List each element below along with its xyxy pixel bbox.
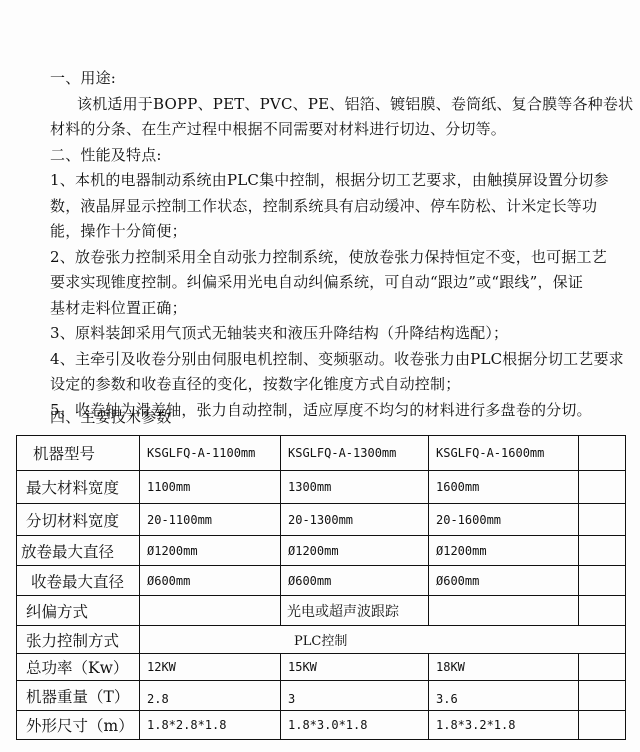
merged-cell: PLC控制 [140, 626, 626, 654]
table-cell: Ø600mm [281, 566, 429, 596]
feature-line: 数，液晶屏显示控制工作状态，控制系统具有启动缓冲、停车防松、计米定长等功 [50, 196, 597, 216]
table-cell: 20-1300mm [281, 504, 429, 536]
table-row: 收卷最大直径 Ø600mm Ø600mm Ø600mm [17, 566, 626, 596]
table-row: 总功率（Kw） 12KW 15KW 18KW [17, 654, 626, 681]
table-cell: 1300mm [281, 471, 429, 504]
table-row: 纠偏方式 光电或超声波跟踪 [17, 596, 626, 626]
row-label: 机器重量（T） [17, 681, 140, 711]
table-cell: Ø600mm [140, 566, 281, 596]
table-row: 张力控制方式 PLC控制 [17, 626, 626, 654]
table-cell: KSGLFQ-A-1300mm [281, 436, 429, 471]
feature-line: 基材走料位置正确； [50, 298, 187, 318]
table-cell: 2.8 [140, 681, 281, 711]
table-cell: 3 [281, 681, 429, 711]
table-cell: 20-1100mm [140, 504, 281, 536]
usage-paragraph-line-2: 材料的分条、在生产过程中根据不同需要对材料进行切边、分切等。 [50, 119, 506, 139]
row-label: 放卷最大直径 [17, 536, 140, 566]
table-cell [579, 471, 626, 504]
table-cell: 18KW [429, 654, 579, 681]
table-cell [579, 711, 626, 740]
feature-line: 要求实现锥度控制。纠偏采用光电自动纠偏系统，可自动“跟边”或“跟线”，保证 [50, 272, 583, 292]
table-cell: 1.8*3.2*1.8 [429, 711, 579, 740]
table-row: 外形尺寸（m） 1.8*2.8*1.8 1.8*3.0*1.8 1.8*3.2*… [17, 711, 626, 740]
row-label: 总功率（Kw） [17, 654, 140, 681]
spec-table: 机器型号 KSGLFQ-A-1100mm KSGLFQ-A-1300mm KSG… [16, 435, 626, 740]
row-label: 分切材料宽度 [17, 504, 140, 536]
feature-line: 能，操作十分简便； [50, 221, 187, 241]
table-cell: Ø1200mm [281, 536, 429, 566]
row-label: 收卷最大直径 [17, 566, 140, 596]
table-cell: 1.8*3.0*1.8 [281, 711, 429, 740]
row-label: 最大材料宽度 [17, 471, 140, 504]
table-cell: 1100mm [140, 471, 281, 504]
table-cell [579, 654, 626, 681]
table-cell [579, 436, 626, 471]
table-cell [579, 566, 626, 596]
table-row: 机器重量（T） 2.8 3 3.6 [17, 681, 626, 711]
table-cell: 1.8*2.8*1.8 [140, 711, 281, 740]
feature-line: 1、本机的电器制动系统由PLC集中控制，根据分切工艺要求，由触摸屏设置分切参 [50, 170, 609, 190]
feature-line: 3、原料装卸采用气顶式无轴装夹和液压升降结构（升降结构选配）； [50, 323, 508, 343]
table-cell [579, 504, 626, 536]
table-cell [579, 596, 626, 626]
table-cell [579, 681, 626, 711]
features-heading: 二、性能及特点: [50, 145, 162, 165]
table-cell: 15KW [281, 654, 429, 681]
table-cell: KSGLFQ-A-1100mm [140, 436, 281, 471]
table-cell: Ø600mm [429, 566, 579, 596]
usage-paragraph-line-1: 该机适用于BOPP、PET、PVC、PE、铝箔、镀铝膜、卷筒纸、复合膜等各种卷状 [77, 94, 633, 114]
row-label: 纠偏方式 [17, 596, 140, 626]
feature-line: 2、放卷张力控制采用全自动张力控制系统，使放卷张力保持恒定不变，也可据工艺 [50, 247, 607, 267]
row-label: 机器型号 [17, 436, 140, 471]
feature-line: 4、主牵引及收卷分别由伺服电机控制、变频驱动。收卷张力由PLC根据分切工艺要求 [50, 349, 624, 369]
table-row: 分切材料宽度 20-1100mm 20-1300mm 20-1600mm [17, 504, 626, 536]
params-heading: 四、主要技术参数 [50, 407, 172, 427]
table-cell: 3.6 [429, 681, 579, 711]
table-cell: Ø1200mm [140, 536, 281, 566]
feature-line: 设定的参数和收卷直径的变化，按数字化锥度方式自动控制； [50, 374, 460, 394]
row-label: 外形尺寸（m） [17, 711, 140, 740]
table-cell [579, 536, 626, 566]
table-cell [429, 596, 579, 626]
table-cell: 1600mm [429, 471, 579, 504]
table-cell: 光电或超声波跟踪 [281, 596, 429, 626]
table-cell: Ø1200mm [429, 536, 579, 566]
usage-heading: 一、用途: [50, 68, 116, 88]
table-row: 机器型号 KSGLFQ-A-1100mm KSGLFQ-A-1300mm KSG… [17, 436, 626, 471]
table-cell: 20-1600mm [429, 504, 579, 536]
table-row: 最大材料宽度 1100mm 1300mm 1600mm [17, 471, 626, 504]
table-row: 放卷最大直径 Ø1200mm Ø1200mm Ø1200mm [17, 536, 626, 566]
table-cell: KSGLFQ-A-1600mm [429, 436, 579, 471]
row-label: 张力控制方式 [17, 626, 140, 654]
table-cell [140, 596, 281, 626]
table-cell: 12KW [140, 654, 281, 681]
